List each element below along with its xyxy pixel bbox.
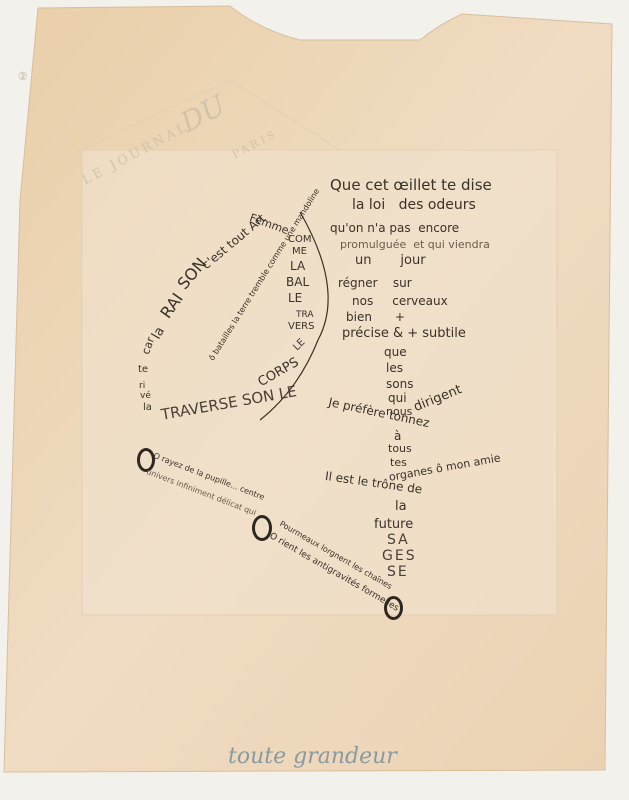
arc-column: LE bbox=[288, 292, 302, 304]
arc-left: vé bbox=[140, 392, 151, 401]
arc-left: te bbox=[138, 365, 148, 375]
arc-column: TRA bbox=[296, 311, 314, 320]
arc-left: la bbox=[143, 403, 152, 413]
pencil-note: toute grandeur bbox=[228, 744, 397, 769]
arc-line bbox=[0, 0, 629, 800]
arc-column: COM bbox=[288, 235, 311, 245]
artwork-canvas: ② LE JOURNAL DU PARIS Que cet œillet te … bbox=[0, 0, 629, 800]
arc-column: VERS bbox=[288, 322, 314, 332]
arc-column: BAL bbox=[286, 276, 309, 288]
arc-column: ME bbox=[292, 247, 307, 257]
arc-column: LA bbox=[290, 260, 305, 272]
arc-left: ri bbox=[139, 382, 145, 391]
